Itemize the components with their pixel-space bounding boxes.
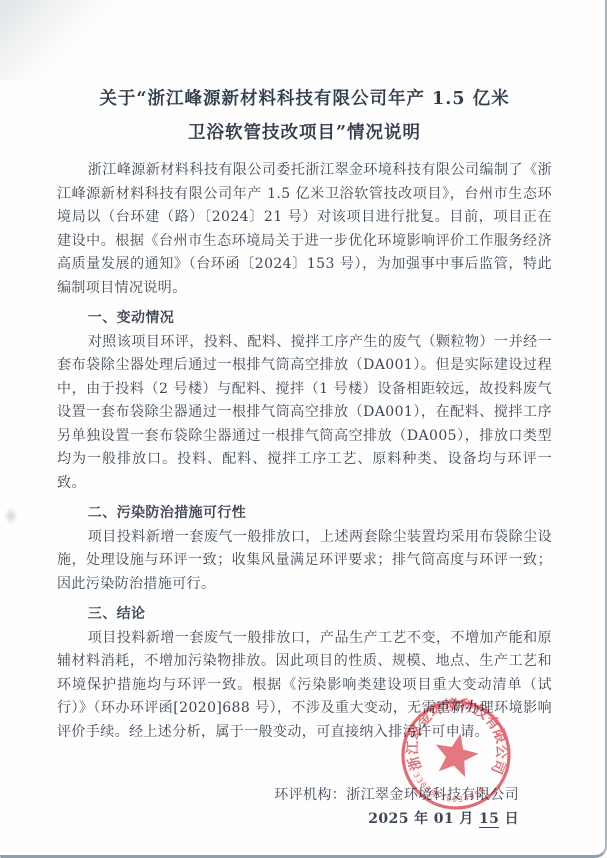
signature-date: 2025 年 01 月 15 日 [57,808,519,832]
scanned-document: 关于“浙江峰源新材料科技有限公司年产 1.5 亿米 卫浴软管技改项目”情况说明 … [0,0,607,858]
document-title-line2: 卫浴软管技改项目”情况说明 [57,116,552,150]
document-content: 关于“浙江峰源新材料科技有限公司年产 1.5 亿米 卫浴软管技改项目”情况说明 … [0,0,607,831]
signature-agency-line: 环评机构：浙江翠金环境科技有限公司 [57,784,519,808]
section-2-body: 项目投料新增一套废气一般排放口，上述两套除尘装置均采用布袋除尘设施，处理设施与环… [57,526,552,597]
signature-date-day: 15 [479,811,499,828]
document-title-line1: 关于“浙江峰源新材料科技有限公司年产 1.5 亿米 [57,82,552,116]
section-1-body: 对照该项目环评，投料、配料、搅拌工序产生的废气（颗粒物）一并经一套布袋除尘器处理… [57,331,552,496]
signature-date-suffix: 日 [499,811,519,827]
intro-paragraph: 浙江峰源新材料科技有限公司委托浙江翠金环境科技有限公司编制了《浙江峰源新材料科技… [57,159,552,300]
section-1-heading: 一、变动情况 [57,307,552,331]
section-3-heading: 三、结论 [57,603,552,627]
document-page: 关于“浙江峰源新材料科技有限公司年产 1.5 亿米 卫浴软管技改项目”情况说明 … [0,0,607,858]
section-2-heading: 二、污染防治措施可行性 [57,502,552,526]
signature-agency-name: 浙江翠金环境科技有限公司 [346,787,519,803]
document-title: 关于“浙江峰源新材料科技有限公司年产 1.5 亿米 卫浴软管技改项目”情况说明 [57,82,552,150]
signature-date-prefix: 2025 年 01 月 [368,811,479,827]
section-3-body: 项目投料新增一套废气一般排放口，产品生产工艺不变，不增加产能和原辅材料消耗，不增… [57,627,552,745]
signature-agency-label: 环评机构： [274,787,346,803]
signature-block: 环评机构：浙江翠金环境科技有限公司 2025 年 01 月 15 日 [57,784,519,831]
